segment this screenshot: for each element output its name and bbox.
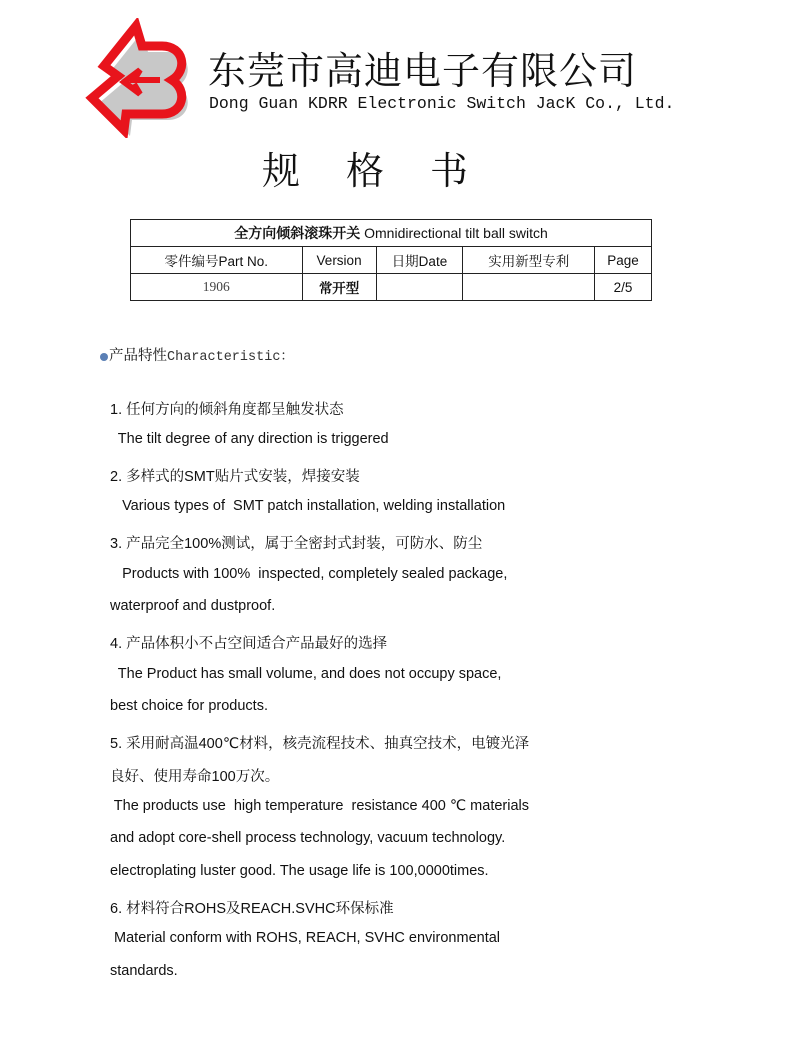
product-name-cn: 全方向倾斜滚珠开关 — [234, 225, 360, 241]
spec-title-row: 全方向倾斜滚珠开关 Omnidirectional tilt ball swit… — [131, 220, 652, 247]
bullet-icon — [100, 353, 108, 361]
characteristic-line: waterproof and dustproof. — [110, 598, 275, 614]
product-name-en: Omnidirectional tilt ball switch — [360, 225, 548, 241]
characteristic-line: Material conform with ROHS, REACH, SVHC … — [110, 930, 500, 946]
characteristic-line: The tilt degree of any direction is trig… — [110, 431, 389, 447]
characteristic-line: The products use high temperature resist… — [110, 798, 529, 814]
value-patent — [463, 274, 595, 301]
characteristic-line: electroplating luster good. The usage li… — [110, 863, 489, 879]
characteristic-line: best choice for products. — [110, 698, 268, 714]
characteristic-line: and adopt core-shell process technology,… — [110, 830, 505, 846]
title-char: 书 — [430, 140, 514, 195]
value-part-no: 1906 — [131, 274, 303, 301]
spec-table: 全方向倾斜滚珠开关 Omnidirectional tilt ball swit… — [130, 219, 652, 301]
characteristic-line: The Product has small volume, and does n… — [110, 666, 501, 682]
title-char: 规 — [262, 140, 346, 195]
header-date: 日期Date — [376, 247, 463, 274]
heading-en: Characteristic： — [167, 350, 294, 365]
header-patent: 实用新型专利 — [463, 247, 595, 274]
characteristic-line: Products with 100% inspected, completely… — [110, 566, 507, 582]
characteristic-line: 2. 多样式的SMT贴片式安装，焊接安装 — [110, 465, 360, 486]
heading-cn: 产品特性 — [109, 348, 167, 364]
value-version: 常开型 — [302, 274, 376, 301]
characteristic-line: 1. 任何方向的倾斜角度都呈触发状态 — [110, 398, 344, 419]
company-logo-icon — [84, 18, 196, 138]
characteristic-line: 5. 采用耐高温400℃材料，核壳流程技术、抽真空技术，电镀光泽 — [110, 732, 529, 753]
company-name-en: Dong Guan KDRR Electronic Switch JacK Co… — [209, 94, 674, 113]
document-title: 规格书 — [262, 140, 514, 195]
characteristics-heading: 产品特性Characteristic： — [100, 344, 294, 365]
characteristic-line: standards. — [110, 963, 178, 979]
characteristic-line: 6. 材料符合ROHS及REACH.SVHC环保标准 — [110, 897, 394, 918]
spec-value-row: 1906 常开型 2/5 — [131, 274, 652, 301]
characteristic-line: 4. 产品体积小不占空间适合产品最好的选择 — [110, 632, 387, 653]
header-page: Page — [595, 247, 652, 274]
header-part-no: 零件编号Part No. — [131, 247, 303, 274]
title-char: 格 — [346, 140, 430, 195]
characteristic-line: 良好、使用寿命100万次。 — [110, 765, 279, 786]
characteristic-line: Various types of SMT patch installation,… — [110, 498, 505, 514]
company-name-cn: 东莞市高迪电子有限公司 — [208, 40, 637, 95]
header-version: Version — [302, 247, 376, 274]
value-page: 2/5 — [595, 274, 652, 301]
spec-header-row: 零件编号Part No. Version 日期Date 实用新型专利 Page — [131, 247, 652, 274]
value-date — [376, 274, 463, 301]
spec-title-cell: 全方向倾斜滚珠开关 Omnidirectional tilt ball swit… — [131, 220, 652, 247]
characteristic-line: 3. 产品完全100%测试，属于全密封式封装，可防水、防尘 — [110, 532, 482, 553]
